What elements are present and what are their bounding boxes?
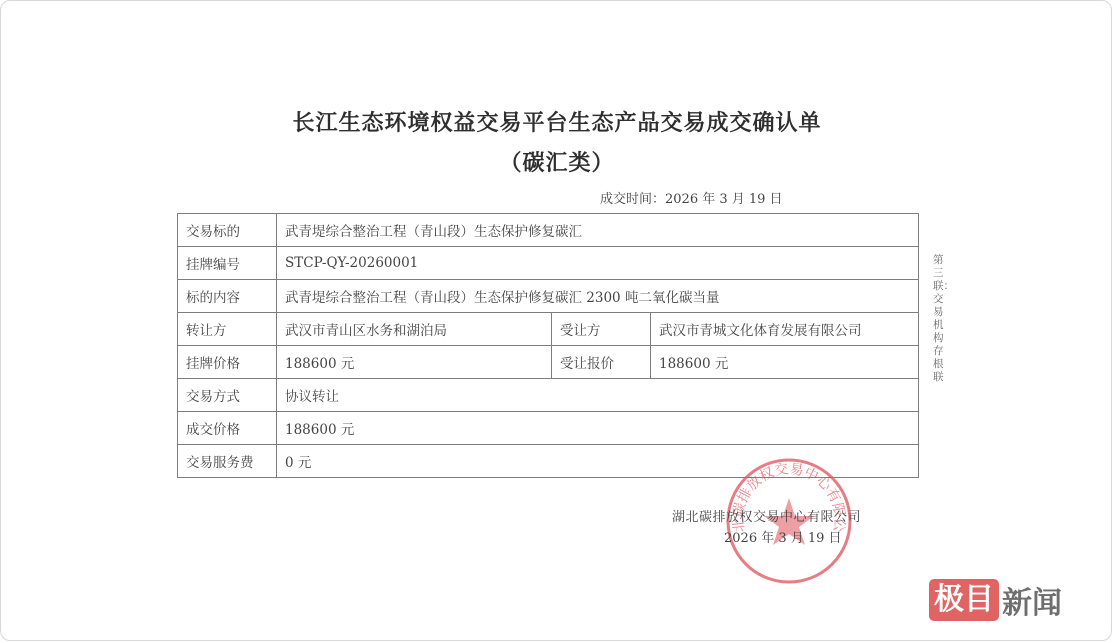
logo-part-grey: 新闻 <box>1002 578 1062 622</box>
row-label: 挂牌编号 <box>178 247 277 280</box>
row-value: 188600 元 <box>277 346 552 379</box>
row-value: 武青堤综合整治工程（青山段）生态保护修复碳汇 <box>277 214 919 247</box>
row-value-2: 武汉市青城文化体育发展有限公司 <box>651 313 919 346</box>
transaction-date: 成交时间：2026 年 3 月 19 日 <box>600 188 783 207</box>
copy-note: 第三联：交易机构存根联 <box>933 254 947 384</box>
row-label: 交易方式 <box>178 379 277 412</box>
row-label: 交易服务费 <box>178 445 277 478</box>
document-subtitle: （碳汇类） <box>0 146 1114 177</box>
watermark-logo: 极目 新闻 <box>929 579 1062 621</box>
table-row: 挂牌价格 188600 元 受让报价 188600 元 <box>178 346 919 379</box>
row-label: 交易标的 <box>178 214 277 247</box>
row-value: 188600 元 <box>277 412 919 445</box>
table-row: 成交价格 188600 元 <box>178 412 919 445</box>
table-row: 交易标的 武青堤综合整治工程（青山段）生态保护修复碳汇 <box>178 214 919 247</box>
transaction-table: 交易标的 武青堤综合整治工程（青山段）生态保护修复碳汇 挂牌编号 STCP-QY… <box>177 213 919 478</box>
row-value: STCP-QY-20260001 <box>277 247 919 280</box>
logo-part-red: 极目 <box>929 579 999 621</box>
table-row: 标的内容 武青堤综合整治工程（青山段）生态保护修复碳汇 2300 吨二氧化碳当量 <box>178 280 919 313</box>
table-row: 交易方式 协议转让 <box>178 379 919 412</box>
row-label: 转让方 <box>178 313 277 346</box>
row-label: 成交价格 <box>178 412 277 445</box>
issuer-date: 2026 年 3 月 19 日 <box>724 527 842 546</box>
table-row: 转让方 武汉市青山区水务和湖泊局 受让方 武汉市青城文化体育发展有限公司 <box>178 313 919 346</box>
table-row: 挂牌编号 STCP-QY-20260001 <box>178 247 919 280</box>
issuer-name: 湖北碳排放权交易中心有限公司 <box>672 506 861 525</box>
row-value: 武汉市青山区水务和湖泊局 <box>277 313 552 346</box>
row-value-2: 188600 元 <box>651 346 919 379</box>
document-title: 长江生态环境权益交易平台生态产品交易成交确认单 <box>0 106 1114 137</box>
row-value: 武青堤综合整治工程（青山段）生态保护修复碳汇 2300 吨二氧化碳当量 <box>277 280 919 313</box>
row-label-2: 受让方 <box>552 313 651 346</box>
row-label: 挂牌价格 <box>178 346 277 379</box>
row-label: 标的内容 <box>178 280 277 313</box>
row-label-2: 受让报价 <box>552 346 651 379</box>
row-value: 协议转让 <box>277 379 919 412</box>
